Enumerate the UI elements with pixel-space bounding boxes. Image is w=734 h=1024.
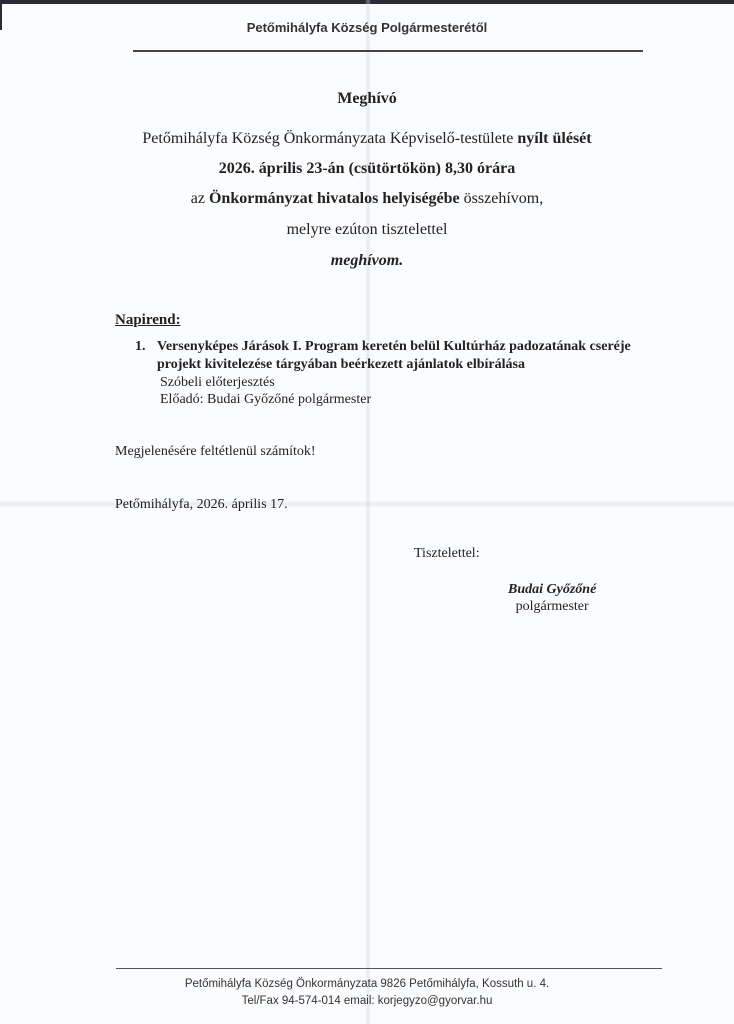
agenda-item: 1. Versenyképes Járások I. Program keret…	[135, 338, 695, 408]
invitation-line-4: melyre ezúton tisztelettel	[0, 221, 734, 239]
signer-name: Budai Győzőné	[508, 581, 596, 598]
meeting-datetime: 2026. április 23-án (csütörtökön) 8,30 ó…	[0, 160, 734, 178]
header-divider	[133, 50, 643, 52]
agenda-item-title-1: Versenyképes Járások I. Program keretén …	[157, 338, 695, 356]
invitation-line-3: az Önkormányzat hivatalos helyiségébe ös…	[0, 190, 734, 208]
agenda-item-type: Szóbeli előterjesztés	[160, 374, 695, 391]
meeting-location: Önkormányzat hivatalos helyiségébe	[209, 190, 460, 207]
session-type: nyílt ülését	[517, 130, 591, 147]
place-and-date: Petőmihályfa, 2026. április 17.	[115, 497, 288, 513]
footer-divider	[116, 968, 662, 969]
invitation-text: az	[191, 190, 209, 207]
invitation-text: összehívom,	[460, 190, 544, 207]
invitation-text: Petőmihályfa Község Önkormányzata Képvis…	[142, 130, 517, 147]
footer: Petőmihályfa Község Önkormányzata 9826 P…	[0, 976, 734, 1010]
document-title: Meghívó	[0, 90, 734, 108]
agenda-item-presenter: Előadó: Budai Győzőné polgármester	[160, 391, 695, 408]
invitation-line-1: Petőmihályfa Község Önkormányzata Képvis…	[0, 130, 734, 148]
agenda-item-number: 1.	[135, 338, 146, 356]
agenda-heading: Napirend:	[115, 312, 181, 329]
regards: Tisztelettel:	[414, 546, 480, 562]
paper-fold-vertical	[365, 0, 371, 1024]
agenda-item-title-2: projekt kivitelezése tárgyában beérkezet…	[157, 356, 695, 374]
letterhead: Petőmihályfa Község Polgármesterétől	[0, 20, 734, 35]
closing-sentence: Megjelenésére feltétlenül számítok!	[115, 444, 316, 460]
signature-block: Budai Győzőné polgármester	[508, 581, 596, 615]
paper-fold-horizontal	[0, 500, 734, 508]
footer-contact: Tel/Fax 94-574-014 email: korjegyzo@gyor…	[0, 993, 734, 1010]
invitation-line-5: meghívom.	[0, 252, 734, 270]
signer-role: polgármester	[508, 598, 596, 615]
footer-address: Petőmihályfa Község Önkormányzata 9826 P…	[0, 976, 734, 993]
